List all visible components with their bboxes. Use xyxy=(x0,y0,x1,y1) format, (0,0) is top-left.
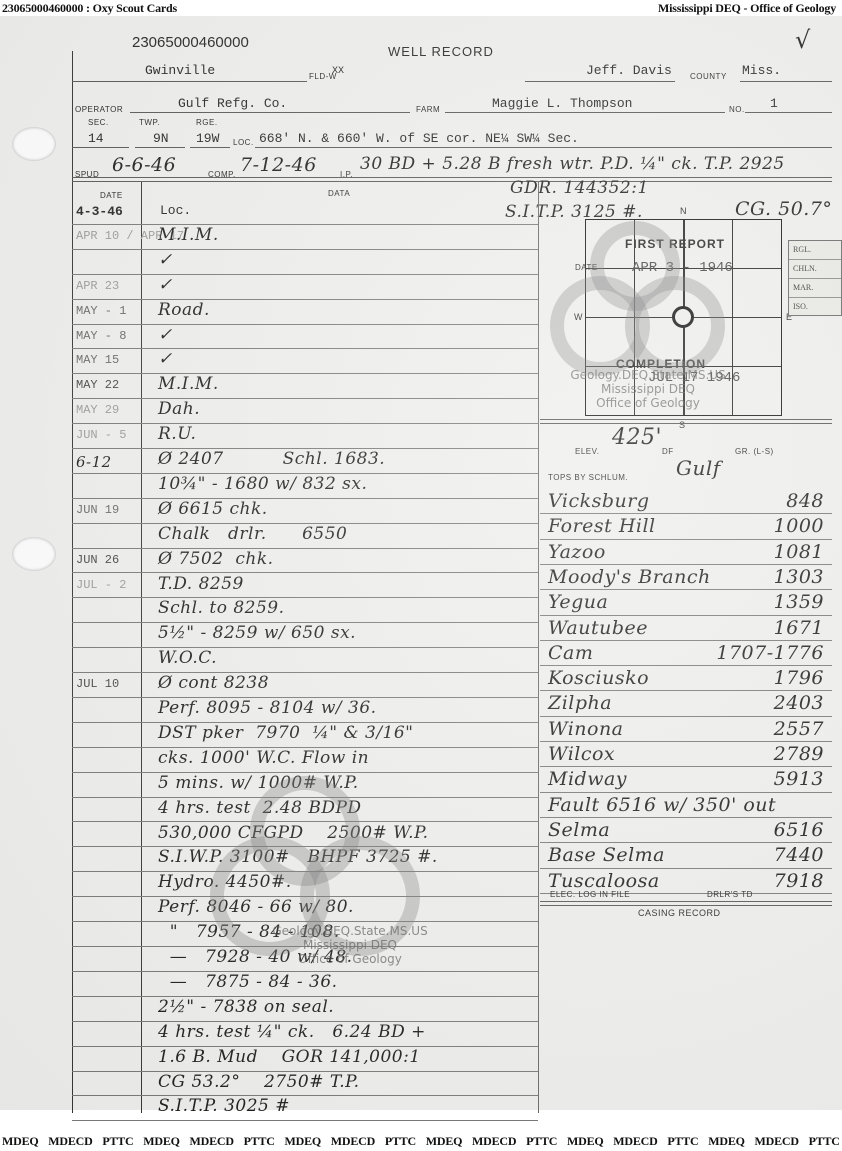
formation-name: Yegua xyxy=(548,591,608,613)
log-entry: ✓ xyxy=(158,275,173,295)
plat-north: N xyxy=(680,206,687,216)
ip-value: 30 BD + 5.28 B fresh wtr. P.D. ¼" ck. T.… xyxy=(360,154,785,174)
rule xyxy=(72,324,538,325)
log-entry: 1.6 B. Mud GOR 141,000:1 xyxy=(158,1047,421,1067)
log-entry: M.I.M. xyxy=(158,225,219,245)
rule xyxy=(540,716,832,717)
formation-name: Yazoo xyxy=(548,541,606,563)
formation-depth: 1303 xyxy=(774,566,824,588)
state-name: Miss. xyxy=(742,63,781,78)
formation-name: Winona xyxy=(548,718,624,740)
rule xyxy=(540,665,832,666)
rule xyxy=(540,690,832,691)
log-entry: S.I.T.P. 3025 # xyxy=(158,1096,290,1116)
footer-credit: MDEQ xyxy=(285,1134,322,1149)
rule xyxy=(540,817,832,818)
tops-source: Gulf xyxy=(676,456,721,480)
rule xyxy=(72,147,129,148)
data-col-label: DATA xyxy=(328,189,350,198)
formation-depth: 1000 xyxy=(774,515,824,537)
rule xyxy=(72,572,538,573)
log-entry: Perf. 8095 - 8104 w/ 36. xyxy=(158,698,377,718)
rule xyxy=(72,177,832,178)
rule xyxy=(72,498,538,499)
rule xyxy=(130,112,410,113)
log-date: 4-3-46 xyxy=(76,204,123,219)
log-date: JUN 26 xyxy=(76,553,119,567)
formation-name: Wautubee xyxy=(548,617,648,639)
rule xyxy=(540,419,832,420)
log-entry: Schl. to 8259. xyxy=(158,598,285,618)
footer-credit: PTTC xyxy=(102,1134,133,1149)
watermark-logo xyxy=(625,276,725,376)
rule xyxy=(72,373,538,374)
punch-hole xyxy=(12,537,56,571)
footer-credit: MDECD xyxy=(190,1134,234,1149)
rule xyxy=(540,741,832,742)
log-entry: M.I.M. xyxy=(158,374,219,394)
rule xyxy=(540,766,832,767)
footer-credit: MDECD xyxy=(755,1134,799,1149)
log-date: JUN 19 xyxy=(76,503,119,517)
county-name: Jeff. Davis xyxy=(586,63,672,78)
rule xyxy=(540,842,832,843)
farm-label: FARM xyxy=(416,105,440,114)
rule xyxy=(540,589,832,590)
formation-depth: 7918 xyxy=(774,870,824,892)
rule xyxy=(72,1120,538,1121)
formation-name: Fault 6516 w/ 350' out xyxy=(548,794,776,816)
log-date: MAY 15 xyxy=(76,353,119,367)
rule xyxy=(540,615,832,616)
rge-value: 19W xyxy=(196,131,219,146)
log-date: JUL - 2 xyxy=(76,578,126,592)
rule xyxy=(540,564,832,565)
rule xyxy=(72,398,538,399)
formation-name: Tuscaloosa xyxy=(548,870,660,892)
log-entry: Road. xyxy=(158,300,210,320)
right-column-divider xyxy=(538,182,539,1113)
sec-value: 14 xyxy=(88,131,104,146)
punch-hole xyxy=(12,127,56,161)
log-date: MAY - 8 xyxy=(76,329,126,343)
rule xyxy=(190,147,230,148)
operator-value: Gulf Refg. Co. xyxy=(178,96,287,111)
log-entry: — 7875 - 84 - 36. xyxy=(158,972,338,992)
footer-credit: PTTC xyxy=(244,1134,275,1149)
formation-depth: 5913 xyxy=(774,768,824,790)
rule xyxy=(255,147,832,148)
rule xyxy=(540,905,832,906)
formation-name: Midway xyxy=(548,768,627,790)
log-entry: ✓ xyxy=(158,325,173,345)
rule xyxy=(540,792,832,793)
footer-credit: MDECD xyxy=(331,1134,375,1149)
log-entry: 2½" - 7838 on seal. xyxy=(158,997,334,1017)
log-entry: DST pker 7970 ¼" & 3/16" xyxy=(158,723,414,743)
formation-depth: 2557 xyxy=(774,718,824,740)
date-col-label: DATE xyxy=(100,191,123,200)
rule xyxy=(72,181,832,182)
formation-depth: 6516 xyxy=(774,819,824,841)
check-mark: √ xyxy=(795,26,811,54)
log-entry: Ø 6615 chk. xyxy=(158,499,268,519)
well-record-card: 23065000460000 WELL RECORD √ Gwinville F… xyxy=(0,16,842,1110)
rule xyxy=(72,597,538,598)
log-entry: cks. 1000' W.C. Flow in xyxy=(158,748,369,768)
approval-mar: MAR. xyxy=(789,279,841,298)
rule xyxy=(72,299,538,300)
elec-log-label: ELEC. LOG IN FILE xyxy=(550,890,630,899)
sec-label: SEC. xyxy=(88,118,109,127)
header-source-title: 23065000460000 : Oxy Scout Cards xyxy=(2,1,177,17)
log-entry: 5½" - 8259 w/ 650 sx. xyxy=(158,623,356,643)
log-date: 6-12 xyxy=(76,453,112,471)
formation-depth: 7440 xyxy=(774,844,824,866)
log-date: JUN - 5 xyxy=(76,428,126,442)
log-entry: Ø 7502 chk. xyxy=(158,549,274,569)
form-left-border xyxy=(72,51,73,1113)
approval-iso: ISO. xyxy=(789,298,841,317)
operator-label: OPERATOR xyxy=(75,105,123,114)
log-entry: Loc. xyxy=(160,203,191,218)
rule xyxy=(72,249,538,250)
log-entry: Chalk drlr. 6550 xyxy=(158,524,347,544)
footer-credit: MDEQ xyxy=(143,1134,180,1149)
footer-credits: MDEQMDECDPTTCMDEQMDECDPTTCMDEQMDECDPTTCM… xyxy=(0,1134,842,1149)
footer-credit: PTTC xyxy=(526,1134,557,1149)
rule xyxy=(540,539,832,540)
field-strike: XX xyxy=(332,66,344,77)
footer-credit: MDEQ xyxy=(426,1134,463,1149)
loc-value: 668' N. & 660' W. of SE cor. NE¼ SW¼ Sec… xyxy=(259,131,579,146)
watermark-text: Geology.DEQ.State.MS.USMississippi DEQOf… xyxy=(250,924,450,966)
footer-credit: MDECD xyxy=(48,1134,92,1149)
elev-value: 425' xyxy=(612,425,662,450)
footer-credit: PTTC xyxy=(667,1134,698,1149)
comp-value: 7-12-46 xyxy=(240,154,317,176)
rge-label: RGE. xyxy=(196,118,218,127)
log-entry: 10¾" - 1680 w/ 832 sx. xyxy=(158,474,367,494)
log-entry: Ø cont 8238 xyxy=(158,673,269,693)
log-entry: ✓ xyxy=(158,250,173,270)
footer-credit: MDECD xyxy=(613,1134,657,1149)
rule xyxy=(72,548,538,549)
cg-note: CG. 50.7° xyxy=(735,198,832,220)
api-number: 23065000460000 xyxy=(132,34,249,51)
log-date: MAY 29 xyxy=(76,403,119,417)
log-entry: T.D. 8259 xyxy=(158,574,244,594)
formation-name: Zilpha xyxy=(548,692,612,714)
form-title: WELL RECORD xyxy=(388,44,494,59)
formation-depth: 2789 xyxy=(774,743,824,765)
footer-credit: PTTC xyxy=(385,1134,416,1149)
log-entry: W.O.C. xyxy=(158,648,217,668)
approval-rgl: RGL. xyxy=(789,241,841,260)
header-agency-title: Mississippi DEQ - Office of Geology xyxy=(658,1,836,17)
farm-value: Maggie L. Thompson xyxy=(492,96,632,111)
formation-name: Selma xyxy=(548,819,610,841)
rule xyxy=(540,640,832,641)
drlr-td-label: DRLR'S TD xyxy=(707,890,753,899)
gr-label: GR. (L-S) xyxy=(735,447,774,456)
watermark-text: Geology.DEQ.State.MS.USMississippi DEQOf… xyxy=(548,368,748,410)
formation-name: Vicksburg xyxy=(548,490,650,512)
rule xyxy=(72,274,538,275)
rule xyxy=(540,868,832,869)
formation-name: Kosciusko xyxy=(548,667,649,689)
log-entry: Dah. xyxy=(158,399,200,419)
footer-credit: MDEQ xyxy=(2,1134,39,1149)
formation-depth: 1671 xyxy=(774,617,824,639)
footer-credit: MDEQ xyxy=(708,1134,745,1149)
formation-depth: 1796 xyxy=(774,667,824,689)
rule xyxy=(72,348,538,349)
rule xyxy=(540,901,832,902)
formation-name: Cam xyxy=(548,642,593,664)
plat-south: S xyxy=(679,420,686,430)
rule xyxy=(72,423,538,424)
formation-name: Wilcox xyxy=(548,743,615,765)
log-date: MAY - 1 xyxy=(76,304,126,318)
rule xyxy=(72,1095,538,1096)
county-label: COUNTY xyxy=(690,72,727,81)
formation-name: Forest Hill xyxy=(548,515,656,537)
twp-label: TWP. xyxy=(139,118,160,127)
rule xyxy=(540,513,832,514)
log-date: APR 23 xyxy=(76,279,119,293)
log-entry: R.U. xyxy=(158,424,196,444)
rule xyxy=(525,81,675,82)
twp-value: 9N xyxy=(153,131,169,146)
footer-credit: MDECD xyxy=(472,1134,516,1149)
formation-name: Moody's Branch xyxy=(548,566,711,588)
formation-depth: 1359 xyxy=(774,591,824,613)
tops-label: TOPS BY SCHLUM. xyxy=(548,473,628,482)
log-date: JUL 10 xyxy=(76,677,119,691)
gor-note: GDR. 144352:1 xyxy=(510,178,649,198)
formation-depth: 2403 xyxy=(774,692,824,714)
formation-depth: 1081 xyxy=(774,541,824,563)
log-entry: CG 53.2° 2750# T.P. xyxy=(158,1072,360,1092)
rule xyxy=(72,81,307,82)
field-name: Gwinville xyxy=(145,63,215,78)
log-entry: ✓ xyxy=(158,349,173,369)
formation-depth: 848 xyxy=(786,490,824,512)
log-entry: 4 hrs. test ¼" ck. 6.24 BD + xyxy=(158,1022,426,1042)
log-date: MAY 22 xyxy=(76,378,119,392)
number-label: NO. xyxy=(729,105,745,114)
rule xyxy=(72,672,538,673)
elev-label: ELEV. xyxy=(575,447,599,456)
rule xyxy=(445,112,725,113)
spud-value: 6-6-46 xyxy=(112,154,176,176)
rule xyxy=(72,224,538,225)
formation-name: Base Selma xyxy=(548,844,665,866)
rule xyxy=(135,147,185,148)
approval-box: RGL. CHLN. MAR. ISO. xyxy=(788,240,842,316)
footer-credit: PTTC xyxy=(809,1134,840,1149)
log-entry: Ø 2407 Schl. 1683. xyxy=(158,449,385,469)
rule xyxy=(540,423,832,424)
rule xyxy=(740,81,832,82)
casing-record-label: CASING RECORD xyxy=(638,908,721,918)
formation-depth: 1707-1776 xyxy=(716,642,824,664)
approval-chln: CHLN. xyxy=(789,260,841,279)
footer-credit: MDEQ xyxy=(567,1134,604,1149)
well-number: 1 xyxy=(770,96,778,111)
rule xyxy=(745,112,832,113)
rule xyxy=(72,647,538,648)
df-label: DF xyxy=(662,447,674,456)
loc-label: LOC. xyxy=(233,138,254,147)
